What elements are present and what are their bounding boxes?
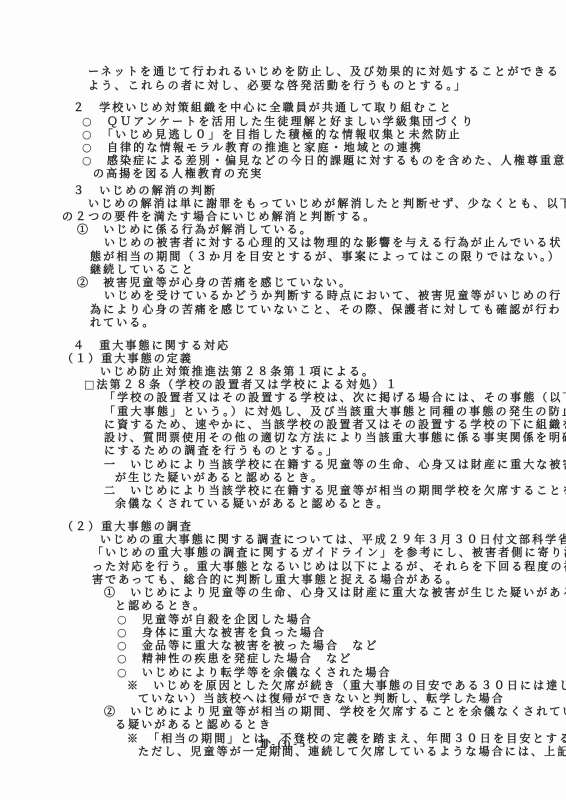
text-line: ていない）当該校へは復帰ができないと判断し、転学した場合 [138,692,505,706]
text-line: ○ 自律的な情報モラル教育の推進と家庭・地域との連携 [82,141,423,155]
text-line: れている。 [90,316,156,330]
text-line: ーネットを通じて行われるいじめを防止し、及び効果的に対処することができる [88,65,560,79]
text-line: ３ いじめの解消の判断 [73,184,217,198]
text-line: ○ 感染症による差別・偏見などの今日的課題に対するものを含めた、人権尊重意識 [82,154,566,168]
text-line: ② 被害児童等が心身の苦痛を感じていない。 [77,276,352,290]
text-line: 害であっても、総合的に判断し重大事態と捉える場合がある。 [92,573,459,587]
text-line: った対応を行う。重大事態となるいじめは以下によるが、それらを下回る程度の被 [92,560,566,574]
text-line: □法第２８条（学校の設置者又は学校による対処）１ [84,378,399,392]
text-line: よう、これらの者に対し、必要な啓発活動を行うものとする。」 [88,79,467,93]
text-line: いじめ防止対策推進法第２８条第１項による。 [100,365,375,379]
text-line: ○ 金品等に重大な被害を被った場合 など [117,639,379,653]
text-line: ４ 重大事態に関する対応 [73,339,230,353]
text-line: 余儀なくされている疑いがあると認めるとき。 [115,497,390,511]
text-line: ① いじめに係る行為が解消している。 [77,223,313,237]
text-line: 継続していること [90,263,195,277]
text-line: 「重大事態」という。）に対処し、及び当該重大事態と同種の事態の発生の防止 [104,405,566,419]
text-line: の２つの要件を満たす場合にいじめ解消と判断する。 [62,210,376,224]
text-line: （２）重大事態の調査 [62,520,193,534]
text-line: ※ いじめを原因とした欠席が続き（重大事態の目安である３０日には達し [127,679,566,693]
text-line: 「学校の設置者又はその設置する学校は、次に掲げる場合には、その事態（以下 [104,391,566,405]
text-line: いじめの被害者に対する心理的又は物理的な影響を与える行為が止んでいる状 [104,236,563,250]
text-line: ○ 児童等が自殺を企図した場合 [117,613,313,627]
document-page: ーネットを通じて行われるいじめを防止し、及び効果的に対処することができるよう、こ… [0,0,566,800]
text-line: 為により心身の苦痛を感じていないこと、その際、保護者に対しても確認が行わ [90,303,562,317]
text-line: ○ 精神性の疾患を発症した場合 など [117,652,352,666]
text-line: 二 いじめにより当該学校に在籍する児童等が相当の期間学校を欠席することを [104,484,566,498]
text-line: にするための調査を行うものとする。」 [104,444,339,458]
text-line: に資するため、速やかに、当該学校の設置者又はその設置する学校の下に組織を [104,418,566,432]
text-line: ① いじめにより児童等の生命、心身又は財産に重大な被害が生じた疑いがある [104,586,566,600]
text-line: いじめを受けているかどうか判断する時点において、被害児童等がいじめの行 [104,289,562,303]
text-line: が生じた疑いがあると認めるとき。 [115,471,324,485]
text-line: 一 いじめにより当該学校に在籍する児童等の生命、心身又は財産に重大な被害 [104,458,566,472]
text-line: と認めるとき。 [115,599,206,613]
page-number: Ⅲ - (3) - 5 [0,737,566,750]
text-line: ２ 学校いじめ対策組織を中心に全職員が共通して取り組むこと [73,101,453,115]
text-line: ○ 身体に重大な被害を負った場合 [117,626,326,640]
text-line: ○ ＱＵアンケートを活用した生徒理解と好ましい学級集団づくり [82,115,475,129]
text-line: 「いじめの重大事態の調査に関するガイドライン」を参考にし、被害者側に寄り添 [92,546,566,560]
text-line: 設け、質問票使用その他の適切な方法により当該重大事態に係る事実関係を明確 [104,431,566,445]
text-line: ○ いじめにより転学等を余儀なくされた場合 [117,666,392,680]
text-line: ② いじめにより児童等が相当の期間、学校を欠席することを余儀なくされてい [104,705,566,719]
text-line: る疑いがあると認めるとき [115,718,272,732]
text-line: （１）重大事態の定義 [62,352,193,366]
text-line: の高揚を図る人権教育の充実 [93,167,263,181]
text-line: いじめの重大事態に関する調査については、平成２９年３月３０日付文部科学省 [100,533,566,547]
text-line: ○ 「いじめ見逃し０」を目指した積極的な情報収集と未然防止 [82,128,462,142]
text-line: いじめの解消は単に謝罪をもっていじめが解消したと判断せず、少なくとも、以下 [88,197,566,211]
text-line: 態が相当の期間（３か月を目安とするが、事案によってはこの限りではない。） [90,250,561,264]
